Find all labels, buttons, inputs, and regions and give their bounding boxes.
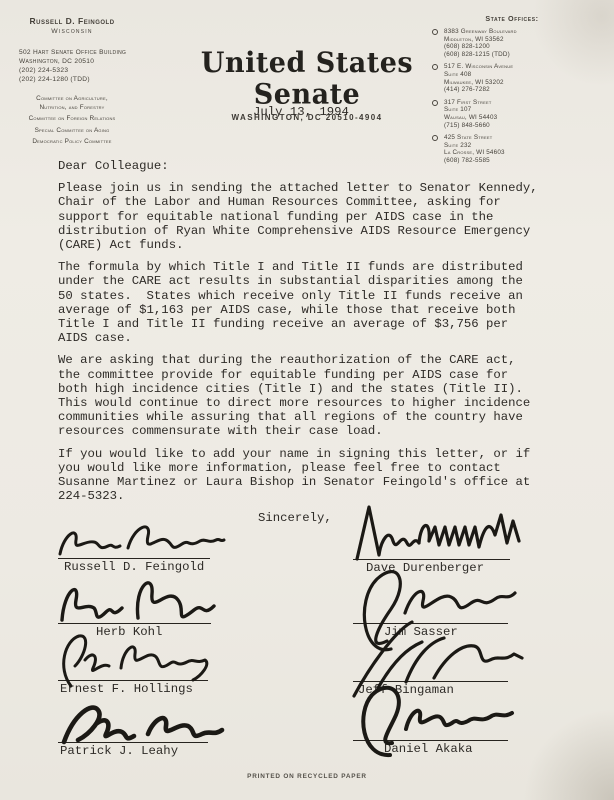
- signature-block-hollings: Ernest F. Hollings: [58, 630, 208, 696]
- dc-office-line: (202) 224-1280 (TDD): [19, 75, 130, 84]
- committee-list: Committee on Agriculture, Nutrition, and…: [14, 95, 130, 147]
- office-address: 8383 Greenway Boulevard Middleton, WI 53…: [444, 28, 517, 58]
- committee-item: Democratic Policy Committee: [14, 138, 130, 147]
- letter-body: Dear Colleague: Please join us in sendin…: [58, 159, 560, 526]
- masthead-title: United States Senate: [157, 47, 457, 110]
- office-address: 517 E. Wisconsin Avenue Suite 408 Milwau…: [444, 63, 513, 93]
- paragraph: We are asking that during the reauthoriz…: [58, 353, 560, 438]
- state-office-entry: 517 E. Wisconsin Avenue Suite 408 Milwau…: [432, 63, 592, 93]
- dc-office-line: (202) 224-5323: [19, 66, 130, 75]
- signature-akaka-icon: [350, 673, 520, 758]
- dc-office-line: 502 Hart Senate Office Building: [19, 48, 130, 57]
- state-offices-heading: State Offices:: [432, 14, 592, 23]
- office-bullet-icon: [432, 135, 438, 141]
- letterhead-left-block: Russell D. Feingold Wisconsin 502 Hart S…: [14, 16, 130, 147]
- signature-line: [58, 692, 208, 743]
- signature-line: [353, 690, 508, 741]
- state-office-entry: 8383 Greenway Boulevard Middleton, WI 53…: [432, 28, 592, 58]
- office-address: 317 First Street Suite 107 Wausau, WI 54…: [444, 99, 497, 129]
- committee-item: Special Committee on Aging: [14, 127, 130, 136]
- dc-office-line: Washington, DC 20510: [19, 57, 130, 66]
- dc-office-address: 502 Hart Senate Office Building Washingt…: [14, 48, 130, 84]
- signature-block-akaka: Daniel Akaka: [353, 690, 508, 756]
- recycled-paper-note: PRINTED ON RECYCLED PAPER: [0, 773, 614, 780]
- salutation: Dear Colleague:: [58, 159, 560, 173]
- committee-item: Committee on Agriculture, Nutrition, and…: [14, 95, 130, 112]
- signature-line: [58, 508, 210, 559]
- signature-line: [58, 630, 208, 681]
- paragraph: Please join us in sending the attached l…: [58, 181, 560, 252]
- signature-feingold-icon: [54, 510, 226, 565]
- signature-block-leahy: Patrick J. Leahy: [58, 692, 208, 758]
- paragraph: The formula by which Title I and Title I…: [58, 260, 560, 345]
- state-office-entry: 317 First Street Suite 107 Wausau, WI 54…: [432, 99, 592, 129]
- senator-name: Russell D. Feingold: [14, 16, 130, 26]
- senator-state: Wisconsin: [14, 28, 130, 35]
- office-bullet-icon: [432, 29, 438, 35]
- signature-leahy-icon: [56, 690, 224, 750]
- office-bullet-icon: [432, 100, 438, 106]
- letter-date: July 13, 1994: [253, 105, 349, 119]
- office-bullet-icon: [432, 64, 438, 70]
- signature-line: [58, 573, 211, 624]
- state-offices-block: State Offices: 8383 Greenway Boulevard M…: [432, 14, 592, 170]
- scanned-letter-page: Russell D. Feingold Wisconsin 502 Hart S…: [0, 0, 614, 800]
- signature-hollings-icon: [55, 620, 215, 690]
- paragraph: If you would like to add your name in si…: [58, 447, 560, 504]
- committee-item: Committee on Foreign Relations: [14, 115, 130, 124]
